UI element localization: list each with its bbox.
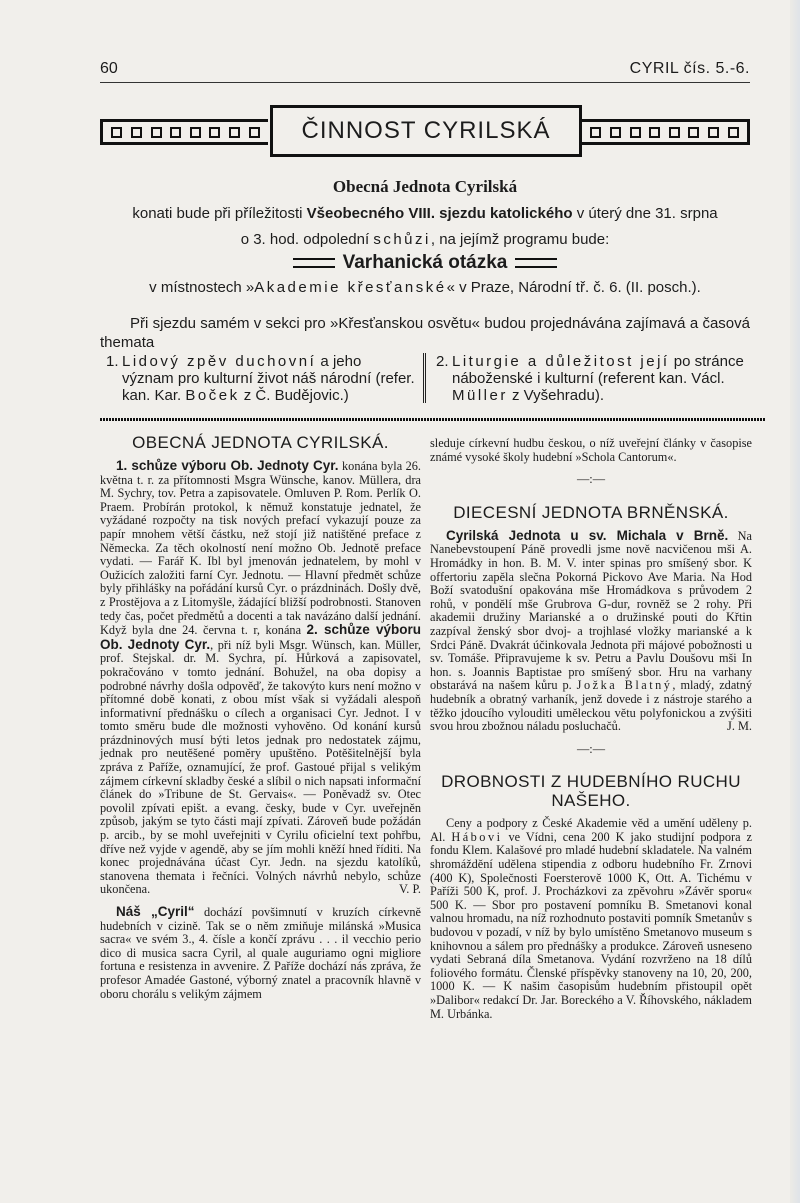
article-paragraph: Cyrilská Jednota u sv. Michala v Brně. N… [430, 529, 752, 734]
article-paragraph: Náš „Cyril“ dochází povšimnutí v kruzích… [100, 905, 421, 1001]
congress-name: Všeobecného VIII. sjezdu katolického [307, 205, 573, 222]
section-banner: ČINNOST CYRILSKÁ [100, 105, 750, 157]
double-rule-right [515, 258, 557, 268]
lead-in: Cyrilská Jednota u sv. Michala v Brně. [446, 528, 728, 543]
spaced-word: schůzi [373, 231, 431, 248]
banner-ornament-right [582, 119, 750, 145]
topic-item: 2. Liturgie a důležitost její po stránce… [430, 353, 745, 404]
text: ve Vídni, cena 200 K jako studijní podpo… [430, 830, 752, 1021]
person-name: Hábovi [451, 830, 502, 844]
page-number: 60 [100, 60, 118, 78]
ornament-square [630, 127, 641, 138]
dotted-rule [100, 418, 765, 421]
ornament-square [209, 127, 220, 138]
topics-list: 1. Lidový zpěv duchovní a jeho význam pr… [100, 353, 750, 403]
speaker-name: Müller [452, 387, 508, 404]
topic-item: 1. Lidový zpěv duchovní a jeho význam pr… [100, 353, 415, 404]
ornament-square [728, 127, 739, 138]
text: , při níž byli Msgr. Wünsch, kan. Müller… [100, 638, 421, 897]
double-rule-left [293, 258, 335, 268]
magazine-page: 60 CYRIL čís. 5.-6. ČINNOST CYRILSKÁ Obe… [0, 0, 800, 1203]
speaker-name: Boček [185, 387, 239, 404]
text: konána byla 26. května t. r. za přítomno… [100, 459, 421, 637]
intro-paragraph: Při sjezdu samém v sekci pro »Křesťansko… [100, 314, 750, 352]
left-column: OBECNÁ JEDNOTA CYRILSKÁ. 1. schůze výbor… [100, 433, 421, 1001]
article-heading: DIECESNÍ JEDNOTA BRNĚNSKÁ. [430, 503, 752, 522]
article-paragraph: 1. schůze výboru Ob. Jednoty Cyr. konána… [100, 459, 421, 897]
topic-title: Lidový zpěv duchovní [122, 353, 316, 370]
ornament-square [131, 127, 142, 138]
banner-ornament-left [100, 119, 268, 145]
running-header: 60 CYRIL čís. 5.-6. [100, 60, 750, 83]
ornament-square [249, 127, 260, 138]
ornament-square [111, 127, 122, 138]
person-name: Jožka Blatný [577, 678, 673, 692]
separator: —:— [430, 743, 752, 757]
lead-in: 1. schůze výboru Ob. Jednoty Cyr. [116, 458, 339, 473]
ornament-square [190, 127, 201, 138]
topic-title: Liturgie a důležitost její [452, 353, 670, 370]
ornament-square [151, 127, 162, 138]
program-topic: Varhanická otázka [100, 252, 750, 274]
page-edge [790, 0, 800, 1203]
topic-number: 2. [436, 353, 449, 370]
announcement-line-2: o 3. hod. odpolední schůzi, na jejímž pr… [100, 231, 750, 248]
text: dochází povšimnutí v kruzích církevně hu… [100, 905, 421, 1001]
ornament-square [708, 127, 719, 138]
ornament-square [229, 127, 240, 138]
lead-in: Náš „Cyril“ [116, 904, 194, 919]
text: konati bude při příležitosti [132, 205, 306, 222]
announcement-venue: v místnostech »Akademie křesťanské« v Pr… [100, 279, 750, 296]
article-paragraph: Ceny a podpory z České Akademie věd a um… [430, 817, 752, 1021]
column-divider [423, 353, 426, 403]
right-column: sleduje církevní hudbu českou, o níž uve… [430, 437, 752, 1021]
ornament-square [590, 127, 601, 138]
text: Na Nanebevstoupení Páně provedli jsme no… [430, 529, 752, 693]
ornament-square [669, 127, 680, 138]
text: z Vyšehradu). [508, 387, 604, 404]
ornament-square [170, 127, 181, 138]
journal-issue: CYRIL čís. 5.-6. [630, 60, 750, 78]
announcement-heading: Obecná Jednota Cyrilská [100, 177, 750, 197]
continued-paragraph: sleduje církevní hudbu českou, o níž uve… [430, 437, 752, 464]
section-title: ČINNOST CYRILSKÁ [270, 105, 582, 157]
ornament-square [610, 127, 621, 138]
text: v místnostech » [149, 279, 254, 296]
topic-number: 1. [106, 353, 119, 370]
text: , na jejímž programu bude: [431, 231, 609, 248]
text: z Č. Budějovic.) [240, 387, 349, 404]
ornament-square [649, 127, 660, 138]
announcement-line-1: konati bude při příležitosti Všeobecného… [100, 205, 750, 222]
signature: J. M. [711, 720, 752, 734]
text: o 3. hod. odpolední [241, 231, 374, 248]
topic-title: Varhanická otázka [343, 252, 508, 273]
venue-name: Akademie křesťanské [254, 279, 446, 296]
separator: —:— [430, 473, 752, 487]
signature: V. P. [383, 883, 421, 897]
article-heading: DROBNOSTI Z HUDEBNÍHO RUCHU NAŠEHO. [430, 772, 752, 810]
text: v úterý dne 31. srpna [573, 205, 718, 222]
ornament-square [688, 127, 699, 138]
text: « v Praze, Národní tř. č. 6. (II. posch.… [447, 279, 701, 296]
article-heading: OBECNÁ JEDNOTA CYRILSKÁ. [100, 433, 421, 452]
